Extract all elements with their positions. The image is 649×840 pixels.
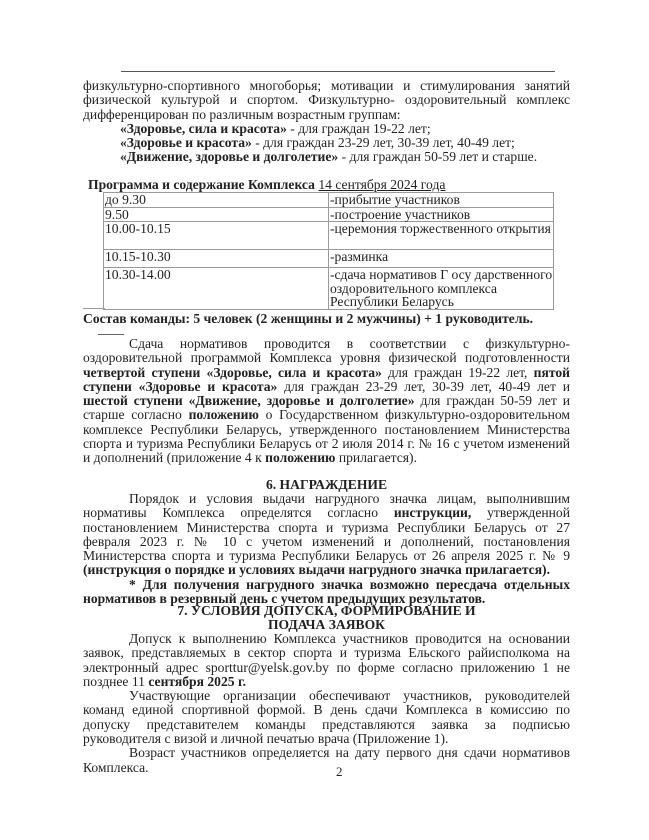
text-run: прилагается). [335, 450, 417, 465]
document-page: физкультурно-спортивного многоборья; мот… [0, 0, 649, 840]
schedule-time: 10.15-10.30 [104, 250, 329, 268]
section-7-heading-line1: 7. УСЛОВИЯ ДОПУСКА, ФОРМИРОВАНИЕ И [83, 604, 570, 618]
bold-run: инструкции, [394, 505, 471, 520]
bold-run: четвертой ступени «Здоровье, сила и крас… [83, 365, 382, 380]
section-7-body: Допуск к выполнению Комплекса участников… [83, 632, 570, 775]
age-group-1-name: «Здоровье, сила и красота» [120, 121, 287, 136]
schedule-event: -сдача нормативов Г осу дарственного озд… [329, 268, 554, 310]
bold-run: шестой ступени «Движение, здоровье и дол… [83, 393, 415, 408]
schedule-time: до 9.30 [104, 193, 329, 208]
table-row: 10.15-10.30 -разминка [104, 250, 554, 268]
text-run: для граждан 23-29 лет, 30-39 лет, 40-49 … [277, 379, 570, 394]
age-group-2-desc: - для граждан 23-29 лет, 30-39 лет, 40-4… [252, 135, 515, 150]
schedule-time: 10.00-10.15 [104, 222, 329, 250]
schedule-event: -прибытие участников [329, 193, 554, 208]
bold-run: (инструкция о порядке и условиях выдачи … [83, 562, 550, 577]
table-row: 10.00-10.15 -церемония торжественного от… [104, 222, 554, 250]
uniform-paragraph: Участвующие организации обеспечивают уча… [83, 689, 570, 746]
program-title: Программа и содержание Комплекса 14 сент… [88, 177, 445, 193]
text-run: Сдача нормативов проводится в соответств… [83, 336, 570, 365]
page-number: 2 [336, 764, 343, 780]
age-paragraph: Возраст участников определяется на дату … [83, 746, 570, 775]
bold-run: положению [265, 450, 335, 465]
age-group-3-desc: - для граждан 50-59 лет и старше. [338, 149, 537, 164]
text-run: для граждан 19-22 лет, [382, 365, 534, 380]
table-row: до 9.30 -прибытие участников [104, 193, 554, 208]
schedule-event: -построение участников [329, 207, 554, 222]
schedule-time: 9.50 [104, 207, 329, 222]
bold-run: сентября 2025 г. [148, 674, 246, 689]
age-group-1: «Здоровье, сила и красота» - для граждан… [83, 122, 570, 136]
age-group-2-name: «Здоровье и красота» [120, 135, 252, 150]
standards-paragraph: Сдача нормативов проводится в соответств… [83, 337, 570, 466]
schedule-table: до 9.30 -прибытие участников 9.50 -постр… [103, 192, 554, 310]
section-6-body: Порядок и условия выдачи нагрудного знач… [83, 492, 570, 606]
intro-section: физкультурно-спортивного многоборья; мот… [83, 79, 570, 165]
table-bottom-rule [83, 308, 105, 309]
team-composition: Состав команды: 5 человек (2 женщины и 2… [83, 311, 533, 327]
table-row: 10.30-14.00 -сдача нормативов Г осу дарс… [104, 268, 554, 310]
age-group-3: «Движение, здоровье и долголетие» - для … [83, 150, 570, 164]
section-7-heading: 7. УСЛОВИЯ ДОПУСКА, ФОРМИРОВАНИЕ И ПОДАЧ… [83, 604, 570, 633]
admission-paragraph: Допуск к выполнению Комплекса участников… [83, 632, 570, 689]
age-group-1-desc: - для граждан 19-22 лет; [287, 121, 431, 136]
intro-paragraph: физкультурно-спортивного многоборья; мот… [83, 79, 570, 122]
header-rule [121, 71, 555, 72]
bold-run: положению [189, 407, 259, 422]
scan-artifact-line [98, 334, 124, 335]
schedule-event: -разминка [329, 250, 554, 268]
schedule-event: -церемония торжественного открытия [329, 222, 554, 250]
standards-section: Сдача нормативов проводится в соответств… [83, 337, 570, 466]
award-paragraph: Порядок и условия выдачи нагрудного знач… [83, 492, 570, 578]
table-row: 9.50 -построение участников [104, 207, 554, 222]
schedule-time: 10.30-14.00 [104, 268, 329, 310]
age-group-2: «Здоровье и красота» - для граждан 23-29… [83, 136, 570, 150]
program-title-text: Программа и содержание Комплекса [88, 177, 315, 192]
program-date: 14 сентября 2024 года [318, 177, 445, 192]
age-group-3-name: «Движение, здоровье и долголетие» [120, 149, 338, 164]
